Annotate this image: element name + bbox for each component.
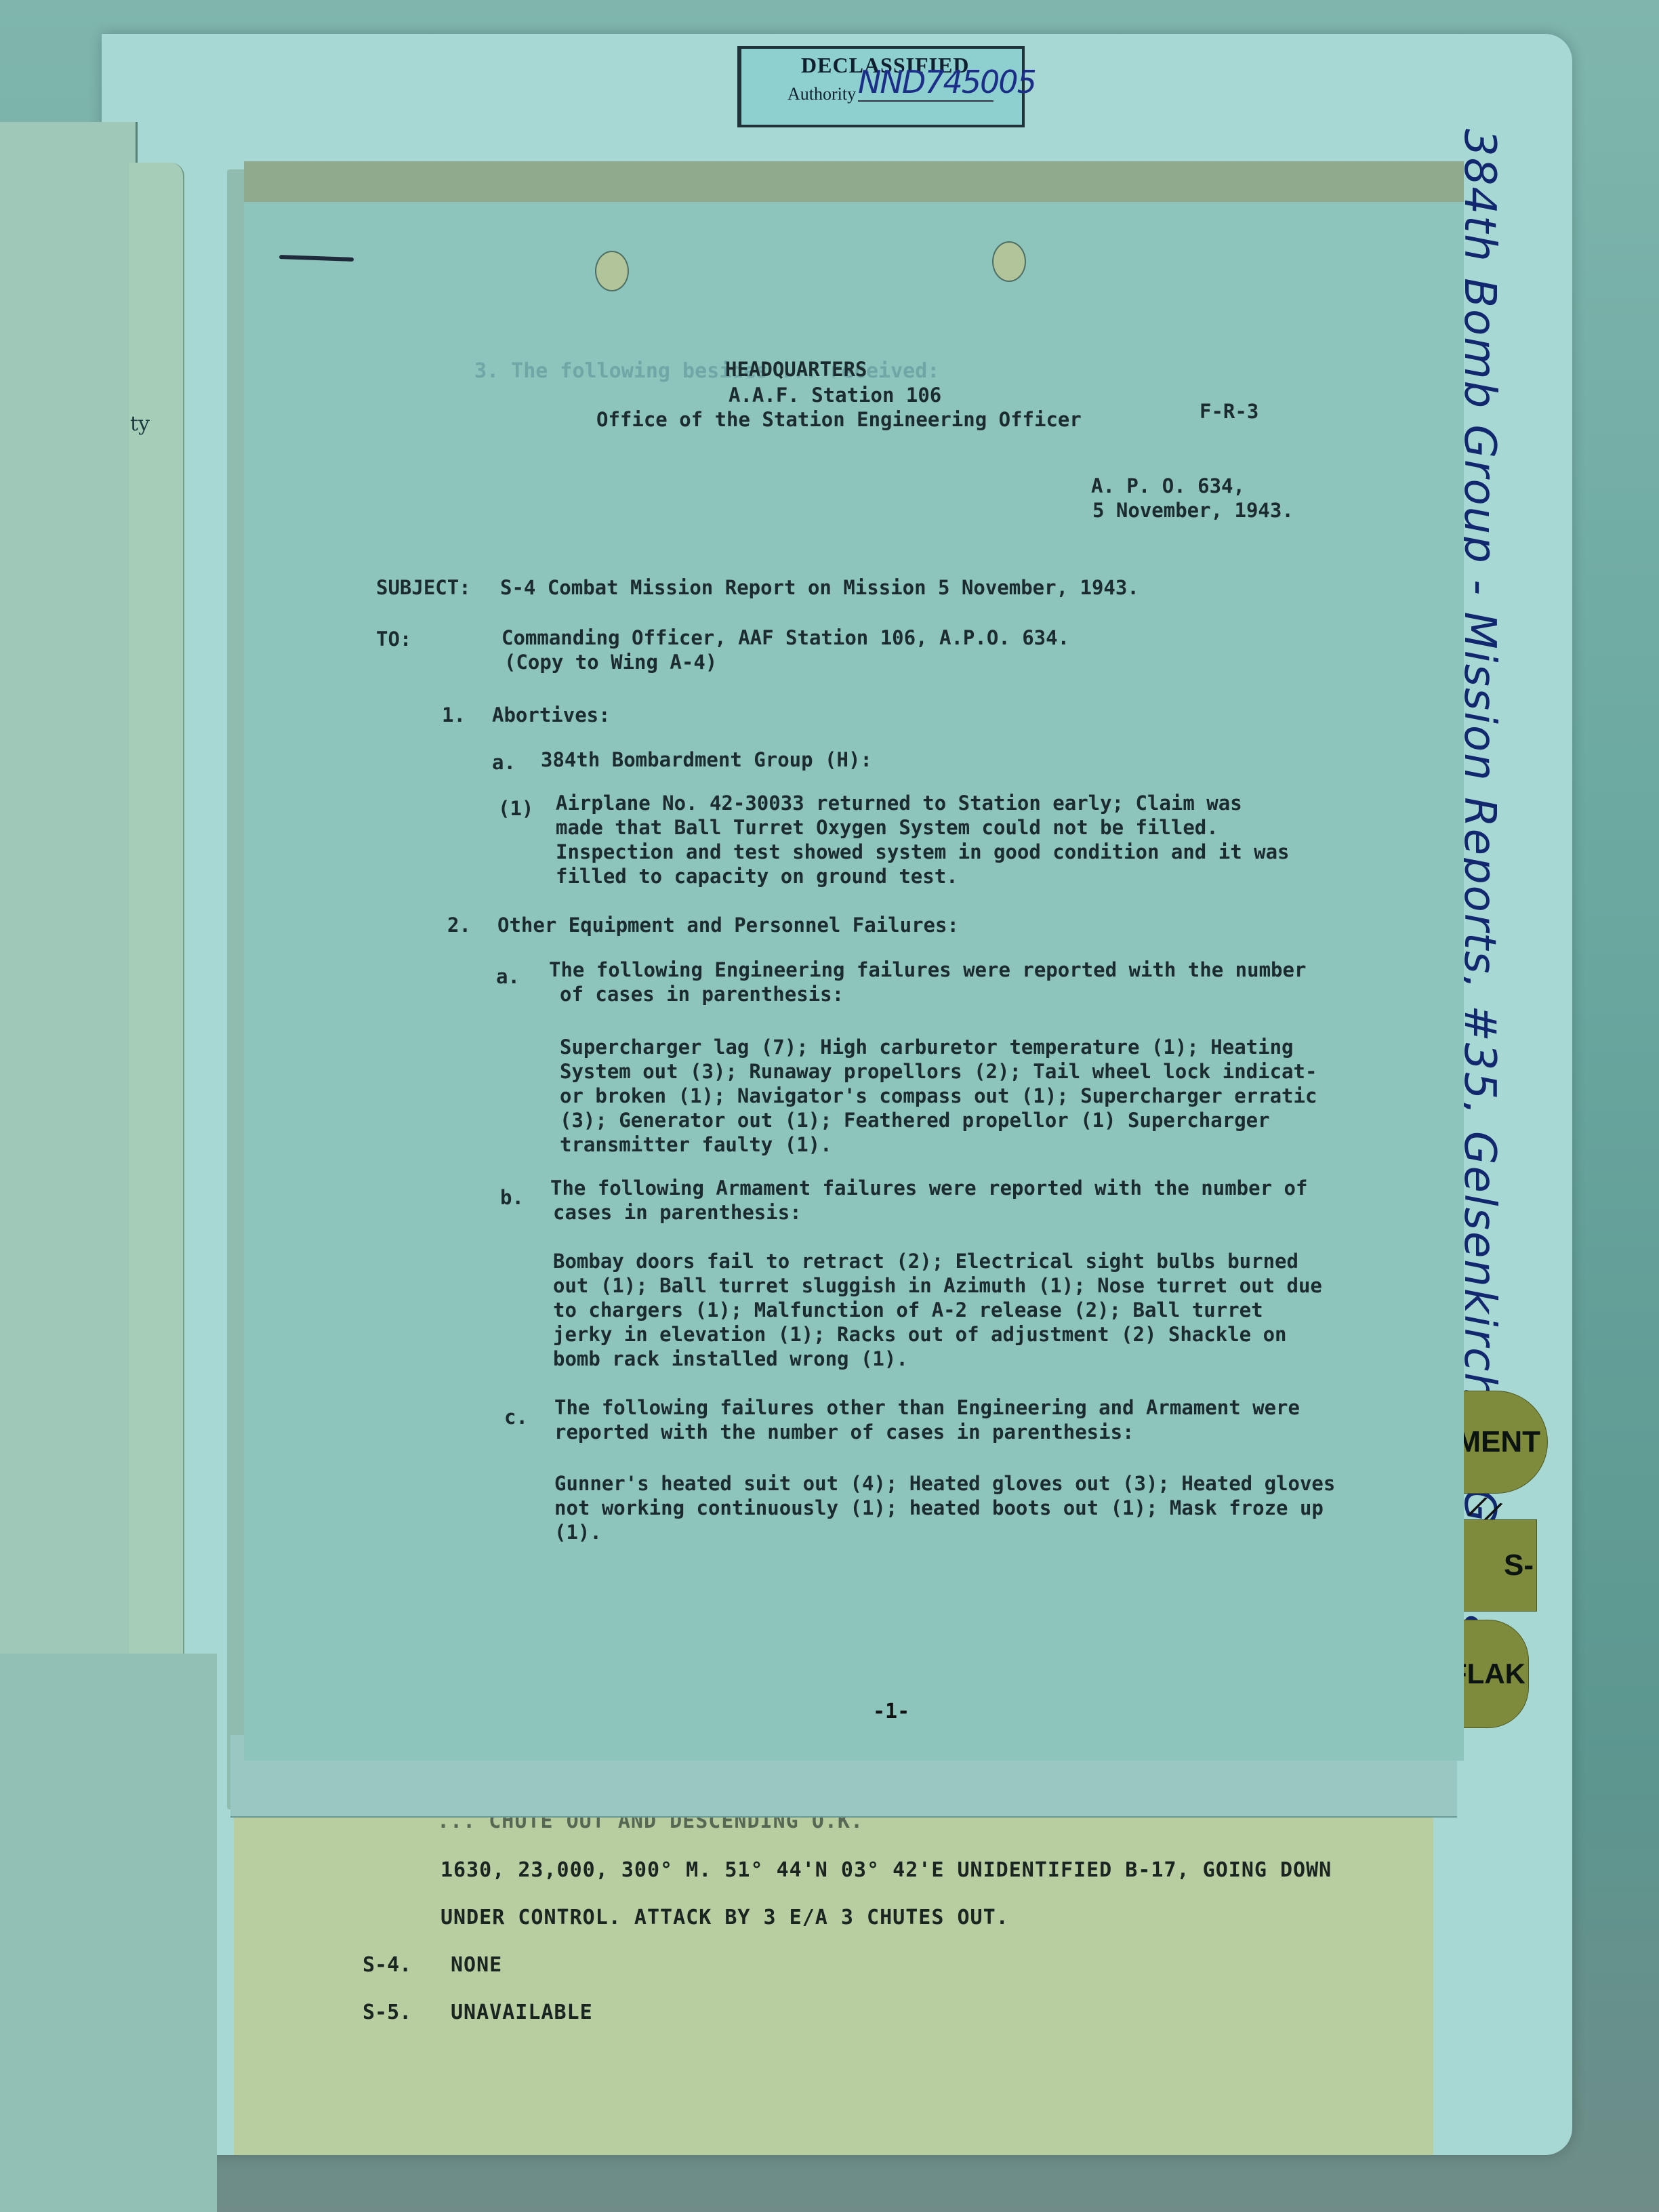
engineering-failures: System out (3); Runaway propellors (2); … bbox=[560, 1060, 1317, 1083]
stamp-underline bbox=[858, 100, 994, 102]
item-1-line: Airplane No. 42-30033 returned to Statio… bbox=[556, 792, 1242, 815]
to-line-1: Commanding Officer, AAF Station 106, A.P… bbox=[501, 626, 1069, 649]
to-line-2: (Copy to Wing A-4) bbox=[504, 651, 717, 674]
section-2b-intro: cases in parenthesis: bbox=[553, 1201, 802, 1224]
s4-value: NONE bbox=[451, 1953, 502, 1977]
section-1-title: Abortives: bbox=[492, 703, 611, 726]
section-2-number: 2. bbox=[447, 914, 471, 937]
sheet-top-band bbox=[244, 161, 1464, 202]
s5-label: S-5. bbox=[363, 2001, 411, 2024]
engineering-failures: transmitter faulty (1). bbox=[560, 1133, 832, 1156]
armament-failures: out (1); Ball turret sluggish in Azimuth… bbox=[553, 1274, 1322, 1297]
report-line-1: 1630, 23,000, 300° M. 51° 44'N 03° 42'E … bbox=[441, 1858, 1332, 1882]
armament-failures: to chargers (1); Malfunction of A-2 rele… bbox=[553, 1298, 1263, 1322]
other-failures: Gunner's heated suit out (4); Heated glo… bbox=[554, 1472, 1335, 1495]
section-2c-intro: reported with the number of cases in par… bbox=[554, 1420, 1134, 1443]
header-headquarters: HEADQUARTERS bbox=[725, 358, 867, 381]
section-2b-intro: The following Armament failures were rep… bbox=[550, 1176, 1307, 1200]
tab-s-label: S- bbox=[1504, 1549, 1534, 1582]
section-1a-letter: a. bbox=[492, 751, 516, 774]
memo-date: 5 November, 1943. bbox=[1092, 499, 1294, 522]
header-station: A.A.F. Station 106 bbox=[729, 384, 941, 407]
item-1-line: Inspection and test showed system in goo… bbox=[556, 840, 1290, 863]
other-failures: (1). bbox=[554, 1521, 602, 1544]
report-line-2: UNDER CONTROL. ATTACK BY 3 E/A 3 CHUTES … bbox=[441, 1906, 1009, 1929]
punch-hole bbox=[992, 241, 1026, 282]
section-2c-intro: The following failures other than Engine… bbox=[554, 1396, 1300, 1419]
item-1-line: made that Ball Turret Oxygen System coul… bbox=[556, 816, 1218, 839]
section-2c-letter: c. bbox=[504, 1406, 528, 1429]
section-2-title: Other Equipment and Personnel Failures: bbox=[497, 914, 959, 937]
pencil-mark bbox=[279, 255, 354, 262]
section-2a-intro: of cases in parenthesis: bbox=[560, 983, 844, 1006]
engineering-failures: or broken (1); Navigator's compass out (… bbox=[560, 1084, 1317, 1107]
subject-text: S-4 Combat Mission Report on Mission 5 N… bbox=[500, 576, 1139, 599]
left-document-edge bbox=[129, 163, 184, 1674]
item-1-line: filled to capacity on ground test. bbox=[556, 865, 958, 888]
section-2b-letter: b. bbox=[500, 1186, 524, 1209]
armament-failures: Bombay doors fail to retract (2); Electr… bbox=[553, 1250, 1298, 1273]
armament-failures: jerky in elevation (1); Racks out of adj… bbox=[553, 1323, 1287, 1346]
subject-label: SUBJECT: bbox=[376, 576, 471, 599]
left-document-lower bbox=[0, 1654, 217, 2212]
left-document-text: ty bbox=[130, 412, 150, 436]
section-1-number: 1. bbox=[442, 703, 466, 726]
other-failures: not working continuously (1); heated boo… bbox=[554, 1496, 1324, 1519]
tab-s[interactable]: S- bbox=[1452, 1519, 1537, 1612]
tab-flak[interactable]: FLAK bbox=[1456, 1620, 1529, 1728]
stamp-authority-label: Authority bbox=[787, 84, 856, 104]
page-number: -1- bbox=[873, 1700, 909, 1723]
section-2a-letter: a. bbox=[496, 965, 520, 988]
engineering-failures: Supercharger lag (7); High carburetor te… bbox=[560, 1036, 1294, 1059]
declassified-stamp: DECLASSIFIED Authority NND745005 bbox=[737, 46, 1025, 127]
apo-address: A. P. O. 634, bbox=[1091, 474, 1245, 497]
form-code: F-R-3 bbox=[1200, 400, 1258, 423]
armament-failures: bomb rack installed wrong (1). bbox=[553, 1347, 908, 1370]
item-1-number: (1) bbox=[498, 797, 533, 820]
punch-hole bbox=[595, 251, 629, 291]
to-label: TO: bbox=[376, 628, 411, 651]
engineering-failures: (3); Generator out (1); Feathered propel… bbox=[560, 1109, 1270, 1132]
s5-value: UNAVAILABLE bbox=[451, 2001, 593, 2024]
bleed-through-text: 3. The following besides ... received: bbox=[474, 359, 939, 383]
memo-sheet: 3. The following besides ... received: H… bbox=[244, 161, 1464, 1761]
header-office: Office of the Station Engineering Office… bbox=[596, 408, 1082, 431]
section-1a-title: 384th Bombardment Group (H): bbox=[541, 748, 872, 771]
left-document-stack bbox=[0, 122, 138, 1660]
section-2a-intro: The following Engineering failures were … bbox=[549, 958, 1306, 981]
tab-flak-label: FLAK bbox=[1456, 1658, 1525, 1690]
stamp-authority-number: NND745005 bbox=[858, 64, 1036, 100]
s4-label: S-4. bbox=[363, 1953, 411, 1977]
